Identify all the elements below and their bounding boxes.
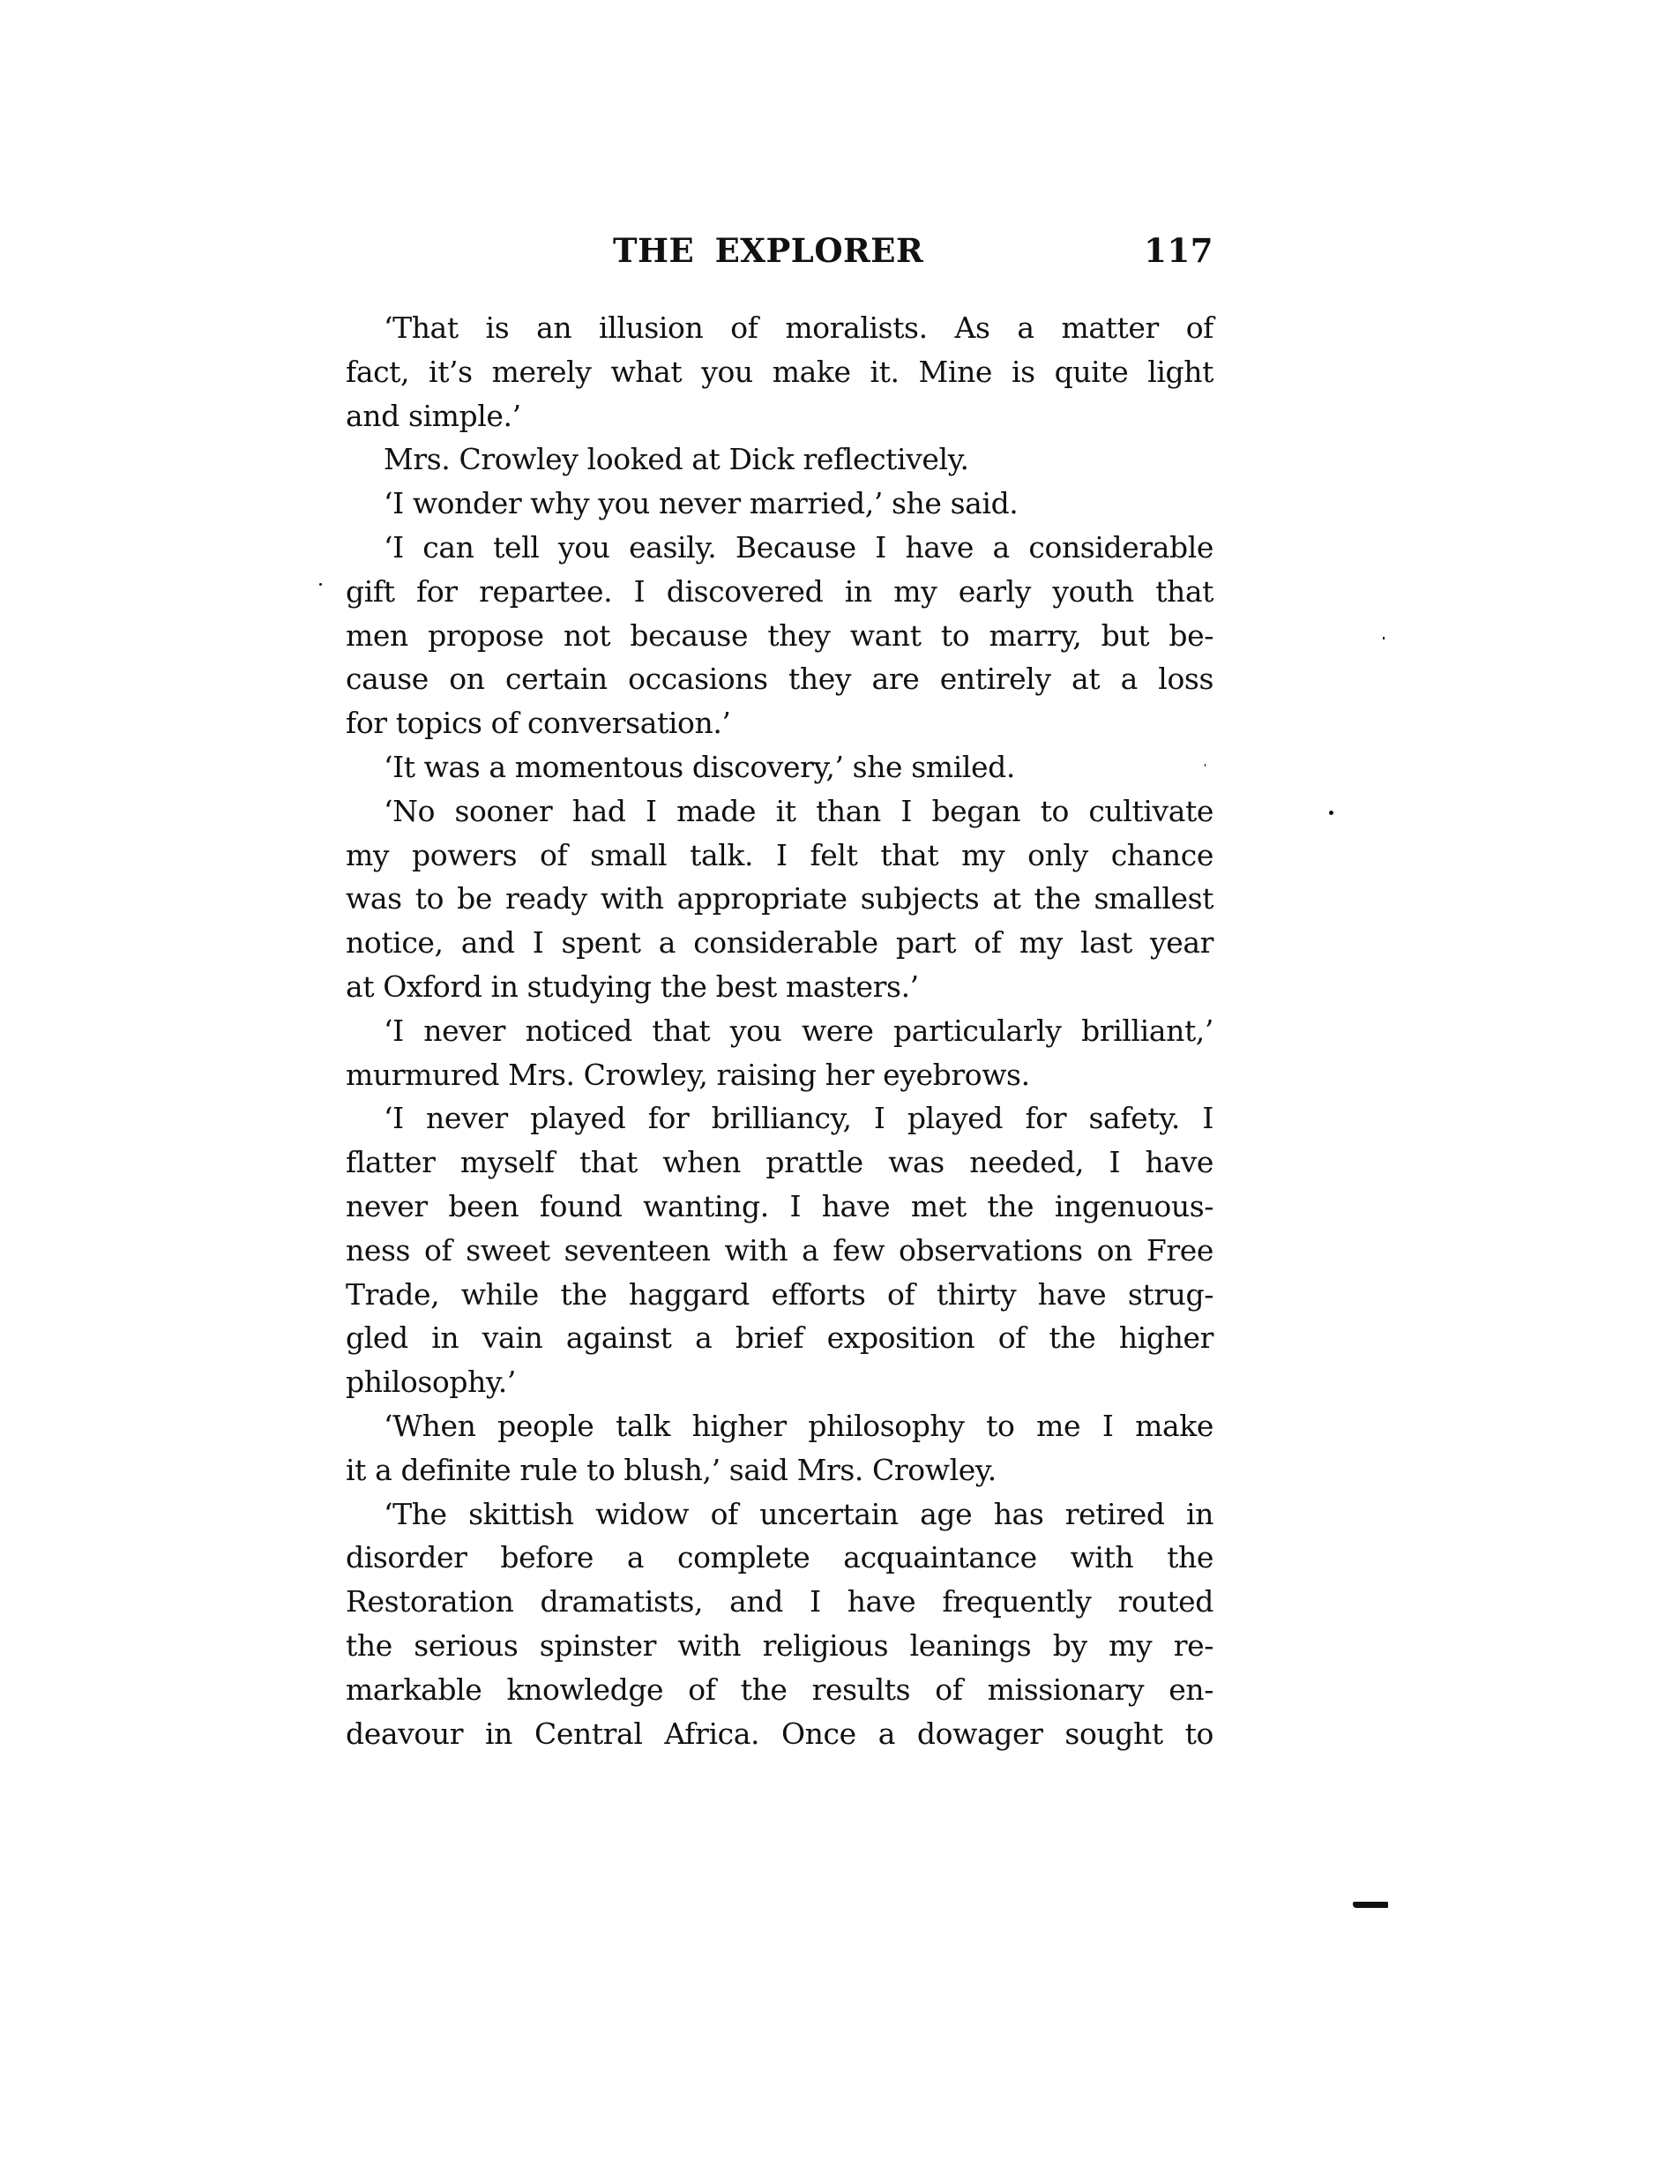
text-line: deavour in Central Africa. Once a dowage… (346, 1712, 1213, 1756)
text-line: ‘The skittish widow of uncertain age has… (346, 1492, 1213, 1537)
text-line: men propose not because they want to mar… (346, 614, 1213, 658)
text-line: for topics of conversation.’ (346, 701, 1213, 745)
scan-speck (1383, 637, 1385, 639)
text-line: gift for repartee. I discovered in my ea… (346, 570, 1213, 614)
text-line: never been found wanting. I have met the… (346, 1185, 1213, 1229)
text-line: notice, and I spent a considerable part … (346, 921, 1213, 965)
text-line: my powers of small talk. I felt that my … (346, 834, 1213, 878)
text-line: ‘When people talk higher philosophy to m… (346, 1404, 1213, 1448)
text-line: Mrs. Crowley looked at Dick reflectively… (346, 438, 1213, 482)
running-title: THE EXPLORER (613, 231, 923, 270)
text-line: disorder before a complete acquaintance … (346, 1536, 1213, 1580)
book-page: THE EXPLORER 117 ‘That is an illusion of… (0, 0, 1680, 2184)
text-line: gled in vain against a brief exposition … (346, 1316, 1213, 1360)
scan-dash-mark (1353, 1902, 1388, 1908)
text-line: ‘I wonder why you never married,’ she sa… (346, 482, 1213, 526)
scan-speck (1329, 811, 1333, 815)
scan-speck (1205, 764, 1206, 767)
scan-speck (319, 583, 322, 586)
text-line: ‘I can tell you easily. Because I have a… (346, 526, 1213, 570)
text-line: flatter myself that when prattle was nee… (346, 1141, 1213, 1185)
text-line: murmured Mrs. Crowley, raising her eyebr… (346, 1053, 1213, 1097)
text-line: ‘I never noticed that you were particula… (346, 1009, 1213, 1053)
text-line: ‘It was a momentous discovery,’ she smil… (346, 745, 1213, 789)
text-line: ‘That is an illusion of moralists. As a … (346, 306, 1213, 350)
text-line: markable knowledge of the results of mis… (346, 1668, 1213, 1712)
text-line: Trade, while the haggard efforts of thir… (346, 1273, 1213, 1317)
text-line: philosophy.’ (346, 1360, 1213, 1404)
text-line: fact, it’s merely what you make it. Mine… (346, 350, 1213, 394)
text-line: at Oxford in studying the best masters.’ (346, 965, 1213, 1009)
text-line: was to be ready with appropriate subject… (346, 877, 1213, 921)
text-line: ‘I never played for brilliancy, I played… (346, 1096, 1213, 1141)
body-text: ‘That is an illusion of moralists. As a … (346, 306, 1213, 1755)
text-line: Restoration dramatists, and I have frequ… (346, 1580, 1213, 1624)
text-line: ness of sweet seventeen with a few obser… (346, 1229, 1213, 1273)
text-line: cause on certain occasions they are enti… (346, 657, 1213, 701)
text-line: and simple.’ (346, 394, 1213, 438)
text-line: ‘No sooner had I made it than I began to… (346, 789, 1213, 834)
text-line: the serious spinster with religious lean… (346, 1624, 1213, 1668)
running-head: THE EXPLORER 117 (346, 231, 1213, 275)
text-line: it a definite rule to blush,’ said Mrs. … (346, 1448, 1213, 1492)
page-number: 117 (1144, 231, 1213, 270)
